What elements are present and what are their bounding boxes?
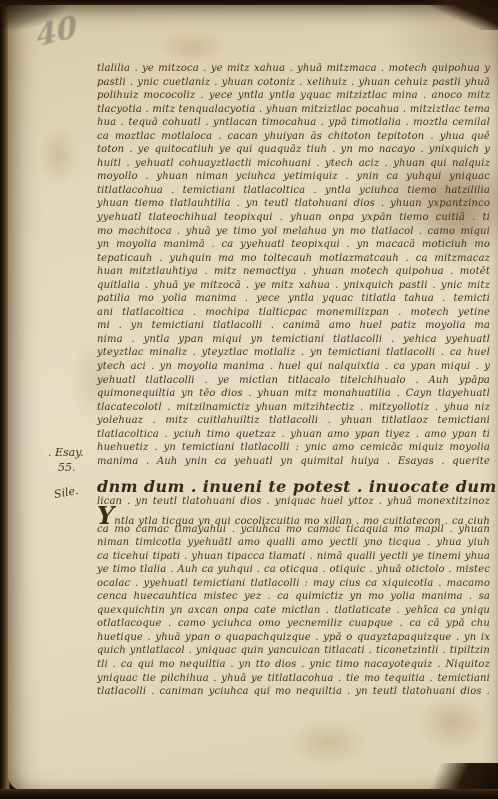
manuscript-line: polihuiz mococoliz . yece yntla yntla yq… (97, 89, 490, 103)
manuscript-line: quexquichtin yn axcan onpa cate mictlan … (97, 604, 490, 618)
manuscript-line: cenca huecauhtica mistec yez . ca quimic… (97, 590, 490, 604)
manuscript-line: huitl . yehuatl cohuayztlactli micohuani… (97, 157, 490, 171)
manuscript-line: ani tlatlacoltica . mochipa tlalticpac m… (97, 306, 490, 320)
manuscript-line: mo machitoca . yhuā ye timo yol melahua … (97, 225, 490, 239)
manuscript-line: yhuan tiemo tlatlauhtilia . yn teutl tla… (97, 197, 490, 211)
paper-stain (288, 720, 368, 765)
book-bottom-edge (0, 789, 498, 799)
manuscript-line: yolehuaz . mitz cuitlahuiltiz tlatlacoll… (97, 414, 490, 428)
manuscript-line: ca mo camac timayahui . yciuhca mo camac… (97, 523, 490, 537)
margin-note-esay: . Esay. (48, 446, 83, 459)
manuscript-line: tlatlacolli . caniman yciuhca qui mo neq… (97, 685, 490, 699)
manuscript-line: otlatlacoque . camo yciuhca omo yecnemil… (97, 617, 490, 631)
paper-stain (158, 30, 228, 64)
manuscript-line: mi . yn temictiani tlatlacolli . canimā … (97, 319, 490, 333)
manuscript-line: titlatlacohua . temictiani tlatlacoltica… (97, 184, 490, 198)
manuscript-line: quitlalia . yhuā ye mitzocā . ye mitz xa… (97, 279, 490, 293)
manuscript-line: yniquac tie pilchihua . yhuā ye titlatla… (97, 672, 490, 686)
manuscript-line: hua . tequā cohuatl . yntlacan timocahua… (97, 116, 490, 130)
manuscript-line: tli . ca qui mo nequiltia . yn tto dios … (97, 658, 490, 672)
manuscript-line: Yntla ytla ticqua yn qui cocolizcuitia m… (97, 509, 490, 523)
manuscript-line: pastli . ynic cuetlaniz . yhuan cotoniz … (97, 76, 490, 90)
manuscript-line: ye timo tlalia . Auh ca yuhqui . ca otic… (97, 563, 490, 577)
manuscript-line: lican . yn teutl tlatohuani dios . yniqu… (97, 495, 490, 509)
latin-quote-line: dnm dum . inueni te potest . inuocate du… (97, 468, 490, 495)
paper-stain (38, 125, 78, 185)
handwritten-text-block: tlalilia . ye mitzoca . ye mitz xahua . … (97, 62, 490, 699)
margin-note-chapter: 55. (58, 461, 76, 474)
manuscript-line: huetique . yhuā ypan o quapachquizque . … (97, 631, 490, 645)
manuscript-line: huan mitztlauhtiya . mitz nemactiya . yh… (97, 265, 490, 279)
manuscript-line: tlacatecolotl . mitzilnamictiz yhuan mit… (97, 401, 490, 415)
latin-quote-text: dnm dum . inueni te potest . inuocate du… (97, 477, 498, 496)
manuscript-line: niman timicotla yyehuātl amo qualli amo … (97, 536, 490, 550)
manuscript-line: manima . Auh ynin ca yehuatl yn quimital… (97, 455, 490, 469)
manuscript-line: yyehuatl tlateochihual teopixqui . yhuan… (97, 211, 490, 225)
manuscript-line: ocalac . yyehuatl temictiani tlatlacolli… (97, 577, 490, 591)
manuscript-line: moyollo . yhuan niman yciuhca yetimiquiz… (97, 170, 490, 184)
text-lines-bottom: lican . yn teutl tlatohuani dios . yniqu… (97, 495, 490, 698)
manuscript-line: ca moztlac motlaloca . cacan yhuiyan ās … (97, 130, 490, 144)
manuscript-line: ytech aci . yn moyolia manima . huel qui… (97, 360, 490, 374)
manuscript-line: yn moyolia manimā . ca yyehuatl teopixqu… (97, 238, 490, 252)
paper-stain (418, 695, 488, 750)
manuscript-line: nima . yntla ypan miqui yn temictiani tl… (97, 333, 490, 347)
manuscript-line: yehuatl tlatlacolli . ye mictlan titlaca… (97, 374, 490, 388)
dark-corner-top-right (426, 0, 498, 30)
manuscript-line: tlacyotia . mitz tenqualacyotia . yhuan … (97, 103, 490, 117)
manuscript-line: tepaticauh . yuhquin ma mo toltecauh mot… (97, 252, 490, 266)
manuscript-line: ca ticehui tipati . yhuan tipacca tlamat… (97, 550, 490, 564)
manuscript-line: tlatlacoltica . yciuh timo quetzaz . yhu… (97, 428, 490, 442)
text-lines-top: tlalilia . ye mitzoca . ye mitz xahua . … (97, 62, 490, 468)
manuscript-line: tlalilia . ye mitzoca . ye mitz xahua . … (97, 62, 490, 76)
manuscript-line: patilia mo yolia manima . yece yntla yqu… (97, 292, 490, 306)
manuscript-line: quimonequiltia yn tēo dios . yhuan mitz … (97, 387, 490, 401)
manuscript-line: toton . ye quitocatiuh ye qui quaquāz ti… (97, 143, 490, 157)
dark-corner-top-left (0, 0, 95, 42)
manuscript-line: yteyztlac minaliz . yteyztlac motlaliz .… (97, 346, 490, 360)
manuscript-line: huehuetiz . yn temictiani tlatlacolli : … (97, 441, 490, 455)
manuscript-scan: 40 tlalilia . ye mitzoca . ye mitz xahua… (0, 0, 498, 799)
manuscript-line: quich yntlatlacol . yniquac quin yancuic… (97, 644, 490, 658)
